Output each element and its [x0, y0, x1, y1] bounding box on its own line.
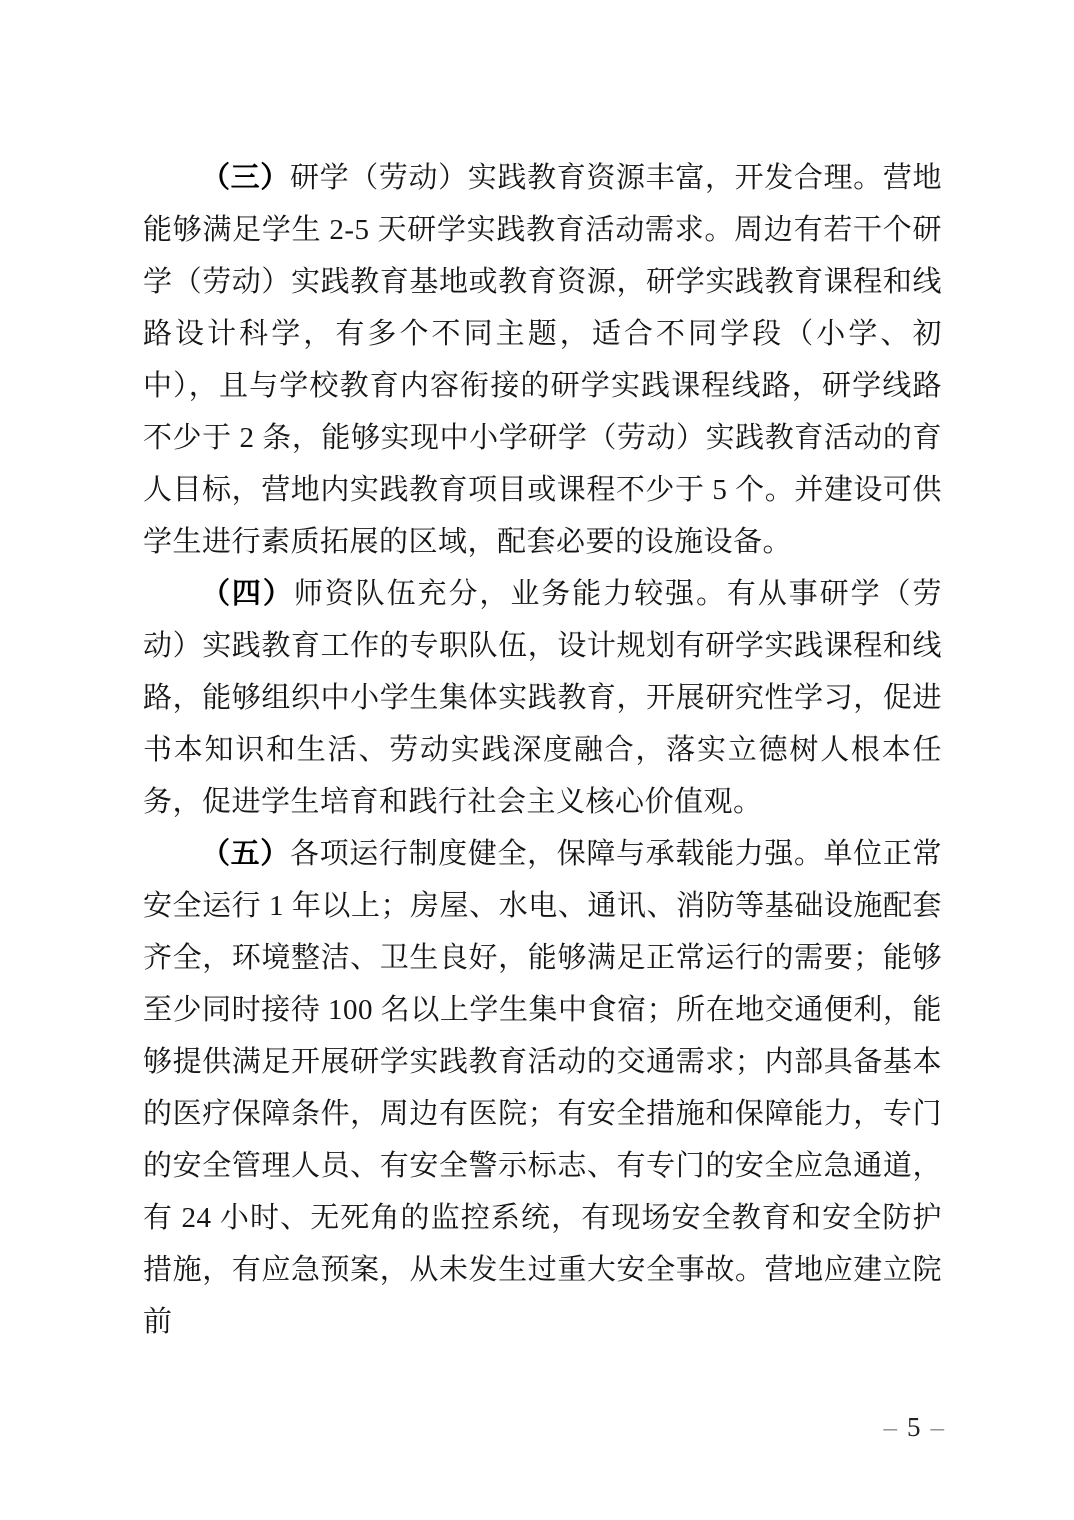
paragraph-text: 师资队伍充分，业务能力较强。有从事研学（劳动）实践教育工作的专职队伍，设计规划有… — [143, 578, 942, 818]
paragraph-text: 研学（劳动）实践教育资源丰富，开发合理。营地能够满足学生 2-5 天研学实践教育… — [143, 162, 942, 558]
paragraph-marker: （四） — [201, 578, 294, 610]
paragraph-marker: （五） — [201, 838, 290, 870]
document-page: （三）研学（劳动）实践教育资源丰富，开发合理。营地能够满足学生 2-5 天研学实… — [0, 0, 1074, 1520]
page-number-dash-left: – — [884, 1412, 900, 1442]
document-body: （三）研学（劳动）实践教育资源丰富，开发合理。营地能够满足学生 2-5 天研学实… — [143, 152, 942, 1348]
paragraph-marker: （三） — [201, 162, 290, 194]
page-number: –5– — [884, 1410, 947, 1444]
paragraph: （五）各项运行制度健全，保障与承载能力强。单位正常安全运行 1 年以上；房屋、水… — [143, 828, 942, 1348]
paragraph: （四）师资队伍充分，业务能力较强。有从事研学（劳动）实践教育工作的专职队伍，设计… — [143, 568, 942, 828]
paragraph-text: 各项运行制度健全，保障与承载能力强。单位正常安全运行 1 年以上；房屋、水电、通… — [143, 838, 942, 1338]
page-number-dash-right: – — [931, 1412, 947, 1442]
page-number-value: 5 — [899, 1412, 931, 1442]
paragraph: （三）研学（劳动）实践教育资源丰富，开发合理。营地能够满足学生 2-5 天研学实… — [143, 152, 942, 568]
